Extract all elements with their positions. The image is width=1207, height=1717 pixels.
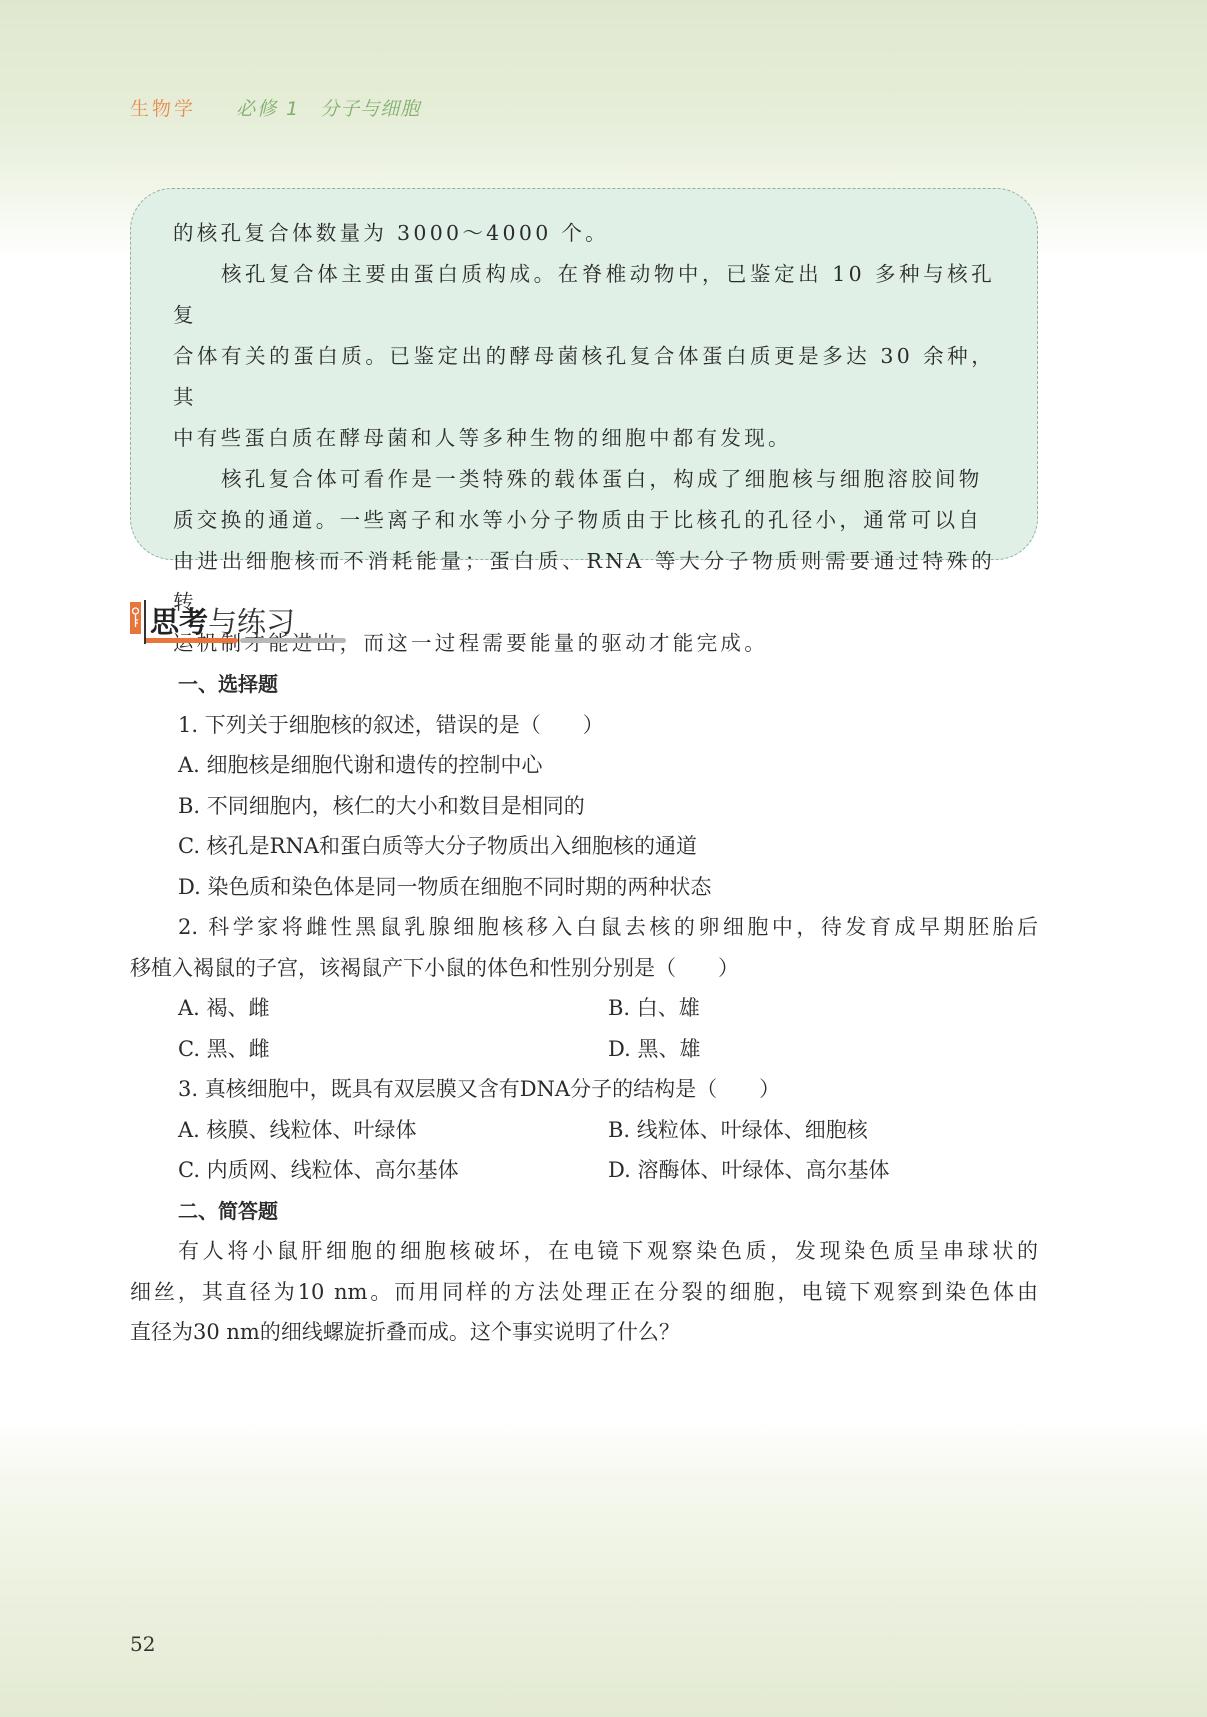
info-line: 中有些蛋白质在酵母菌和人等多种生物的细胞中都有发现。 [173, 418, 995, 459]
question-3-option-c: C. 内质网、线粒体、高尔基体 [178, 1150, 608, 1191]
question-2-option-d: D. 黑、雄 [608, 1029, 1038, 1070]
question-3-option-d: D. 溶酶体、叶绿体、高尔基体 [608, 1150, 1038, 1191]
question-3-options-row1: A. 核膜、线粒体、叶绿体 B. 线粒体、叶绿体、细胞核 [130, 1110, 1038, 1151]
question-1-stem: 1. 下列关于细胞核的叙述，错误的是（ ） [130, 705, 1038, 746]
question-1-option-c: C. 核孔是RNA和蛋白质等大分子物质出入细胞核的通道 [130, 826, 1038, 867]
section-tag [130, 602, 141, 634]
book-label: 必修 1 [236, 98, 300, 120]
question-2-option-b: B. 白、雄 [608, 988, 1038, 1029]
question-1-option-d: D. 染色质和染色体是同一物质在细胞不同时期的两种状态 [130, 867, 1038, 908]
section-title: 思考与练习 [150, 600, 295, 641]
page-number: 52 [130, 1632, 155, 1656]
info-line: 质交换的通道。一些离子和水等小分子物质由于比核孔的孔径小，通常可以自 [173, 500, 995, 541]
question-3-option-b: B. 线粒体、叶绿体、细胞核 [608, 1110, 1038, 1151]
info-box: 的核孔复合体数量为 3000～4000 个。 核孔复合体主要由蛋白质构成。在脊椎… [130, 188, 1038, 560]
question-2-option-a: A. 褐、雌 [178, 988, 608, 1029]
info-line: 的核孔复合体数量为 3000～4000 个。 [173, 213, 995, 254]
section-title-bold: 思考 [150, 605, 208, 639]
subject-label: 生物学 [130, 98, 196, 120]
question-2-options-row2: C. 黑、雌 D. 黑、雄 [130, 1029, 1038, 1070]
section-title-light: 与练习 [208, 605, 295, 639]
question-2-options-row1: A. 褐、雌 B. 白、雄 [130, 988, 1038, 1029]
info-line: 由进出细胞核而不消耗能量；蛋白质、RNA 等大分子物质则需要通过特殊的转 [173, 541, 995, 623]
part2-title: 二、简答题 [130, 1191, 1038, 1232]
key-icon [131, 607, 140, 629]
part1-title: 一、选择题 [130, 664, 1038, 705]
heading-underline-gray [240, 638, 346, 643]
short-answer-line3: 直径为30 nm的细线螺旋折叠而成。这个事实说明了什么？ [130, 1312, 1038, 1353]
info-line: 运机制才能进出，而这一过程需要能量的驱动才能完成。 [173, 623, 995, 664]
question-1-option-b: B. 不同细胞内，核仁的大小和数目是相同的 [130, 786, 1038, 827]
info-line: 核孔复合体可看作是一类特殊的载体蛋白，构成了细胞核与细胞溶胶间物 [173, 459, 995, 500]
question-2-option-c: C. 黑、雌 [178, 1029, 608, 1070]
question-2-stem-line1: 2. 科学家将雌性黑鼠乳腺细胞核移入白鼠去核的卵细胞中，待发育成早期胚胎后 [130, 907, 1038, 948]
heading-underline-orange [146, 638, 238, 643]
exercises: 一、选择题 1. 下列关于细胞核的叙述，错误的是（ ） A. 细胞核是细胞代谢和… [130, 664, 1038, 1353]
question-1-option-a: A. 细胞核是细胞代谢和遗传的控制中心 [130, 745, 1038, 786]
question-3-stem: 3. 真核细胞中，既具有双层膜又含有DNA分子的结构是（ ） [130, 1069, 1038, 1110]
question-3-option-a: A. 核膜、线粒体、叶绿体 [178, 1110, 608, 1151]
info-line: 合体有关的蛋白质。已鉴定出的酵母菌核孔复合体蛋白质更是多达 30 余种，其 [173, 336, 995, 418]
question-3-options-row2: C. 内质网、线粒体、高尔基体 D. 溶酶体、叶绿体、高尔基体 [130, 1150, 1038, 1191]
short-answer-line1: 有人将小鼠肝细胞的细胞核破坏，在电镜下观察染色质，发现染色质呈串球状的 [130, 1231, 1038, 1272]
running-header: 生物学 必修 1 分子与细胞 [130, 94, 420, 121]
chapter-label: 分子与细胞 [320, 98, 420, 120]
info-line: 核孔复合体主要由蛋白质构成。在脊椎动物中，已鉴定出 10 多种与核孔复 [173, 254, 995, 336]
short-answer-line2: 细丝，其直径为10 nm。而用同样的方法处理正在分裂的细胞，电镜下观察到染色体由 [130, 1272, 1038, 1313]
question-2-stem-line2: 移植入褐鼠的子宫，该褐鼠产下小鼠的体色和性别分别是（ ） [130, 948, 1038, 989]
